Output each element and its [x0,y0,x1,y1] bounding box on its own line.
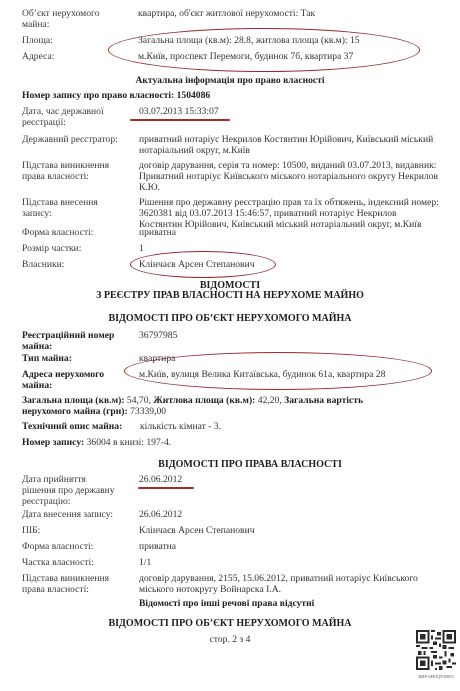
page-number: стор. 2 з 4 [0,634,460,645]
actual-info-heading: Актуальна інформація про право власності [0,75,460,86]
address-label: Адреса: [22,51,132,62]
record-number-value: 1504086 [177,90,211,101]
entry-number-line: Номер запису: 36004 в книзі: 197-4. [22,437,442,448]
living-area-label: Житлова площа (кв.м): [153,395,255,406]
record-number-line: Номер запису про право власності: 150408… [22,90,442,101]
record-number-label: Номер запису про право власності: [22,90,174,101]
object-type-row: Об’єкт нерухомого майна: квартира, об'єк… [22,8,442,30]
property-type-value: квартира [139,353,449,364]
object-info-heading: ВІДОМОСТІ ПРО ОБ’ЄКТ НЕРУХОМОГО МАЙНА [0,313,460,324]
full-name-value: Клінчаєв Арсен Степанович [139,525,449,536]
red-underline-annotation [138,487,194,489]
registry-title-line2: З РЕЄСТРУ ПРАВ ВЛАСНОСТІ НА НЕРУХОМЕ МАЙ… [0,290,460,301]
registration-datetime-label: Дата, час державної реєстрації: [22,106,122,128]
entry-number-label: Номер запису: [22,437,84,448]
ownership-basis-label: Підстава виникнення права власності: [22,160,122,182]
ownership-share-value: 1/1 [139,557,449,568]
area-value: Загальна площа (кв.м): 28.8, житлова пло… [138,35,448,46]
tech-description-value: кількість кімнат - 3. [140,421,450,432]
property-type-label: Тип майна: [22,353,132,364]
share-size-label: Розмір частки: [22,243,132,254]
ownership-form-label: Форма власності: [22,227,132,238]
property-address-label: Адреса нерухомого майна: [22,369,117,391]
rights-ownership-form-label: Форма власності: [22,541,132,552]
total-area-value: 54,70, [127,395,151,406]
owners-label: Власники: [22,259,132,270]
rights-ownership-form-value: приватна [139,541,449,552]
entry-basis-value: Рішення про державну реєстрацію прав та … [139,197,439,230]
property-address-value: м.Київ, вулиця Велика Китаївська, будино… [139,369,449,380]
decision-date-value: 26.06.2012 [139,474,449,485]
object-type-label: Об’єкт нерухомого майна: [22,8,102,30]
entry-number-value: 36004 [87,437,111,448]
book-value: 197-4. [146,437,171,448]
registration-number-label: Реєстраційний номер майна: [22,330,122,352]
other-rights-note: Відомості про інші речові права відсутні [139,598,439,609]
rights-basis-value: договір дарування, 2155, 15.06.2012, при… [139,573,439,595]
object-type-value: квартира, об'єкт житлової нерухомості: Т… [138,8,448,19]
registration-number-value: 36797985 [139,330,449,341]
area-label: Площа: [22,35,132,46]
rights-basis-label: Підстава виникнення права власності: [22,573,127,595]
registration-datetime-value: 03.07.2013 15:33:07 [139,106,449,117]
registrar-value: приватний нотаріус Некрилов Костянтин Юр… [139,134,439,156]
registrar-label: Державний реєстратор: [22,134,132,145]
living-area-value: 42,20, [258,395,282,406]
footer-heading: ВІДОМОСТІ ПРО ОБ’ЄКТ НЕРУХОМОГО МАЙНА [0,618,460,629]
share-size-value: 1 [139,243,449,254]
owners-value: Клінчаєв Арсен Степанович [139,259,449,270]
ownership-basis-value: договір дарування, серія та номер: 10500… [139,160,439,193]
registry-document-page: Об’єкт нерухомого майна: квартира, об'єк… [0,0,460,691]
entry-basis-label: Підстава внесення запису: [22,197,117,219]
tech-description-label: Технічний опис майна: [22,421,132,432]
total-cost-value: 73339,00 [130,406,166,417]
address-value: м.Київ, проспект Перемоги, будинок 7б, к… [138,51,448,62]
entry-date-value: 26.06.2012 [139,509,449,520]
ownership-form-value: приватна [139,227,449,238]
book-label: в книзі: [113,437,144,448]
area-cost-line: Загальна площа (кв.м): 54,70, Житлова пл… [22,395,392,417]
full-name-label: ПІБ: [22,525,132,536]
decision-date-label: Дата прийняття рішення про державну реєс… [22,474,122,507]
ownership-share-label: Частка власності: [22,557,132,568]
qr-code-caption: RRP-4HOQF1RD3 [412,674,460,679]
qr-code-icon [416,630,456,670]
rights-info-heading: ВІДОМОСТІ ПРО ПРАВА ВЛАСНОСТІ [20,459,460,470]
red-underline-annotation [130,119,230,121]
total-area-label: Загальна площа (кв.м): [22,395,125,406]
entry-date-label: Дата внесення запису: [22,509,132,520]
